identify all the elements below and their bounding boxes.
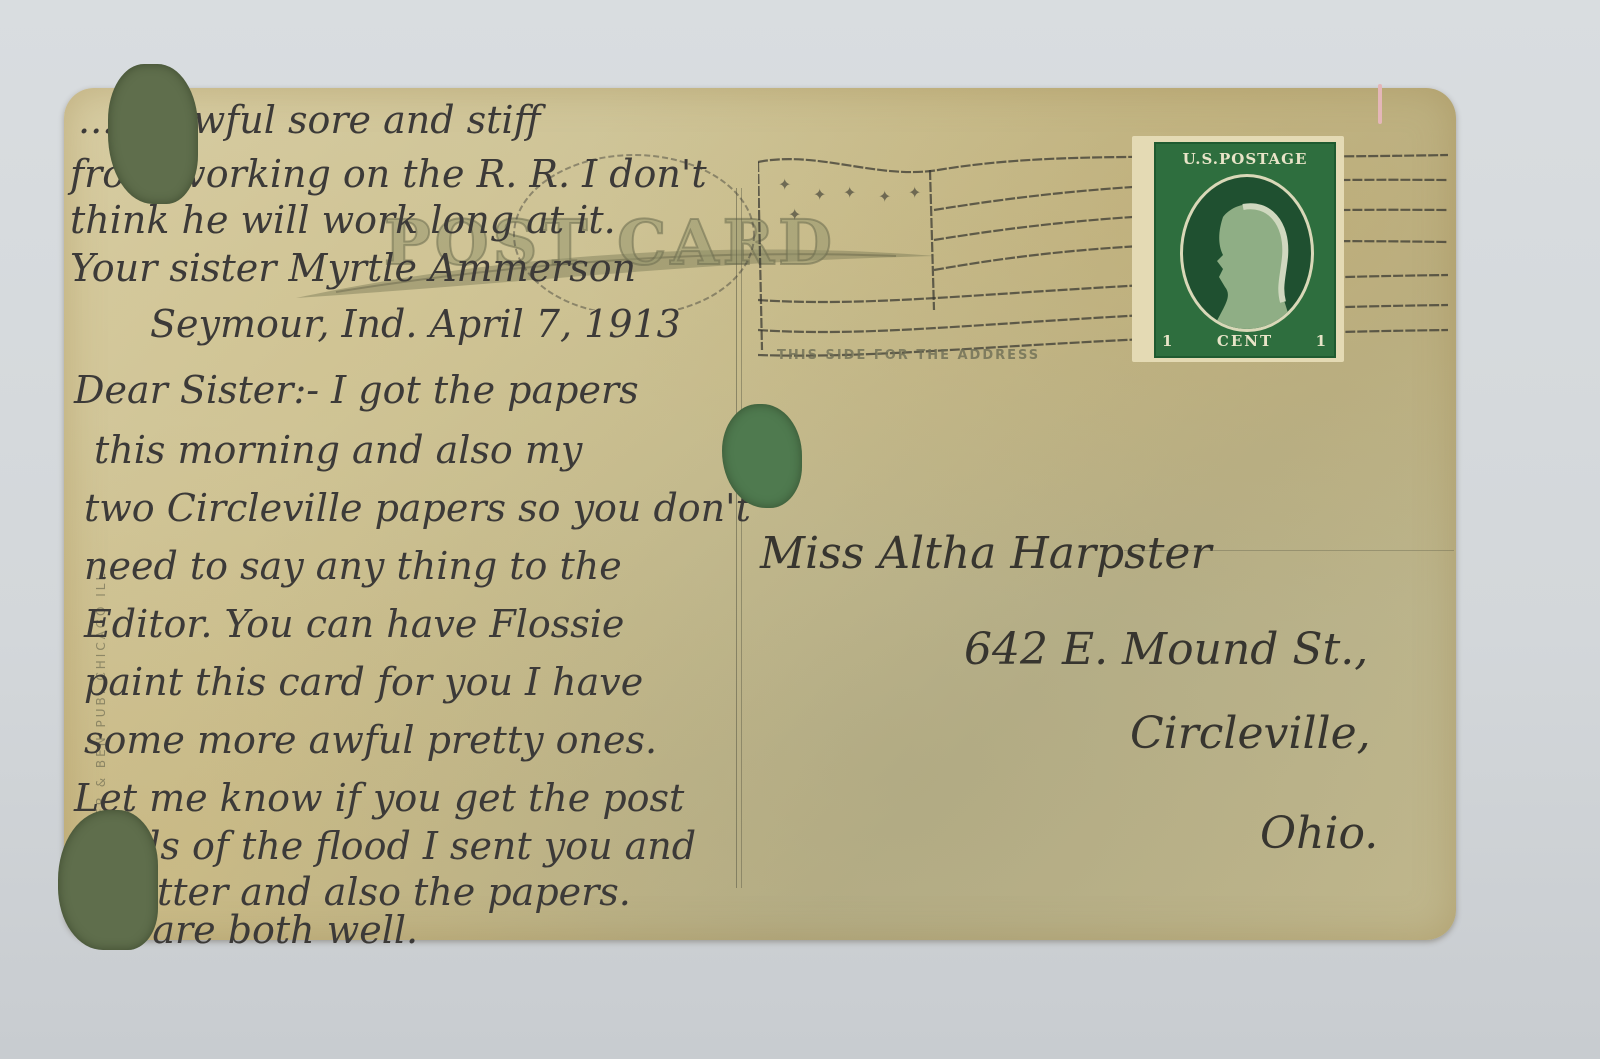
- message-line: Dear Sister:- I got the papers: [74, 368, 639, 412]
- stamp-denomination-left: 1: [1162, 332, 1174, 350]
- svg-text:✦: ✦: [813, 185, 826, 204]
- svg-text:✦: ✦: [843, 183, 856, 202]
- message-line: Editor. You can have Flossie: [84, 602, 624, 646]
- message-line: need to say any thing to the: [84, 544, 622, 588]
- message-line: cards of the flood I sent you and: [74, 824, 696, 868]
- postcard: POST CARD ARTER & BEN PUB. CHICAGO ILL ✦…: [64, 88, 1456, 940]
- svg-text:✦: ✦: [788, 205, 801, 224]
- svg-text:✦: ✦: [908, 183, 921, 202]
- pink-mark: [1378, 84, 1382, 124]
- recipient-name: Miss Altha Harpster: [760, 528, 1212, 579]
- adhesive-residue: [58, 810, 158, 950]
- message-line: paint this card for you I have: [84, 660, 643, 704]
- stamp-denomination-right: 1: [1316, 332, 1328, 350]
- flag-cancel: ✦✦✦ ✦✦✦: [758, 150, 1448, 360]
- recipient-state: Ohio.: [1260, 808, 1378, 859]
- stamp-denomination: 1 CENT 1: [1162, 332, 1328, 350]
- stamp-denomination-text: CENT: [1217, 332, 1273, 350]
- postage-stamp: U.S.POSTAGE 1 CENT 1: [1132, 136, 1344, 362]
- recipient-city: Circleville,: [1130, 708, 1371, 759]
- svg-text:✦: ✦: [778, 175, 791, 194]
- message-line: two Circleville papers so you don't: [84, 486, 751, 530]
- svg-text:✦: ✦: [878, 187, 891, 206]
- adhesive-residue: [108, 64, 198, 204]
- message-date-line: Seymour, Ind. April 7, 1913: [150, 302, 681, 346]
- address-side-label: THIS SIDE FOR THE ADDRESS: [777, 348, 1040, 363]
- washington-portrait-icon: [1180, 174, 1314, 332]
- message-line: think he will work long at it.: [70, 198, 616, 242]
- message-line: this morning and also my: [94, 428, 582, 472]
- message-line: Your sister Myrtle Ammerson: [70, 246, 636, 290]
- recipient-street: 642 E. Mound St.,: [964, 624, 1368, 675]
- message-line: some more awful pretty ones.: [84, 718, 657, 762]
- stamp-design: U.S.POSTAGE 1 CENT 1: [1154, 142, 1336, 358]
- message-line: Let me know if you get the post: [74, 776, 684, 820]
- stamp-top-text: U.S.POSTAGE: [1162, 150, 1328, 168]
